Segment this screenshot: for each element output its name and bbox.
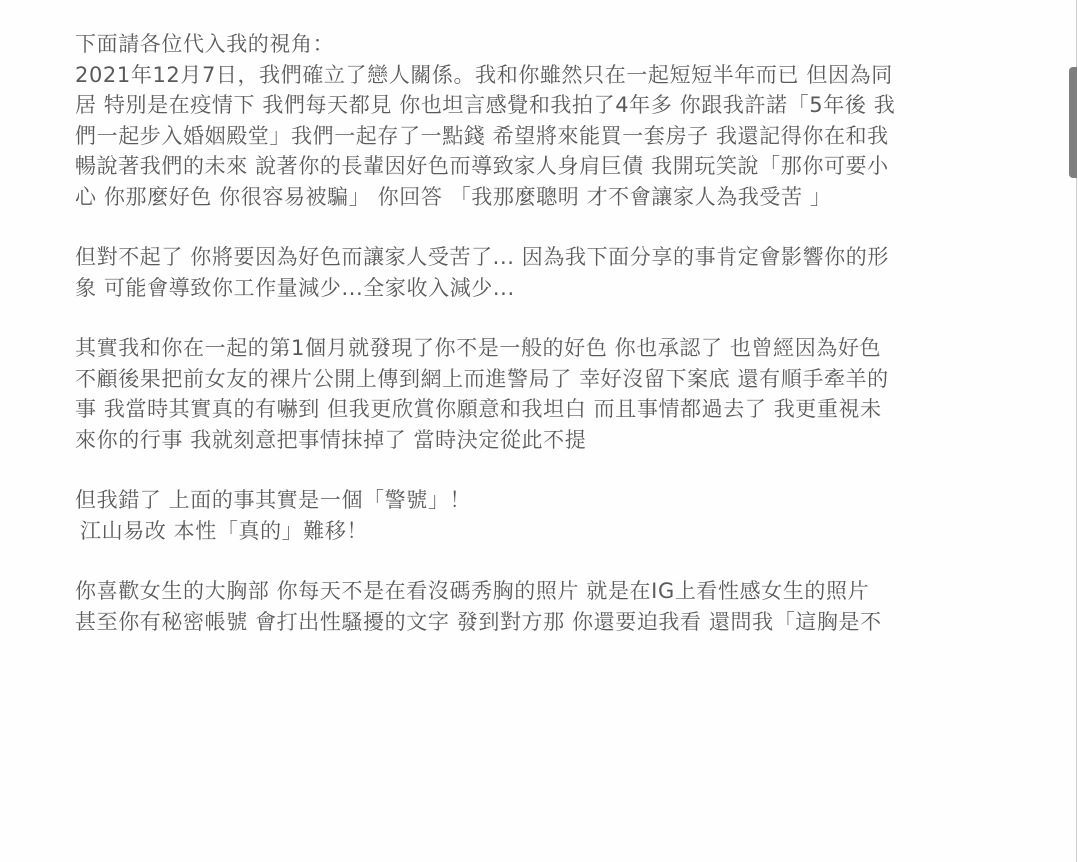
text-line: 居 特別是在疫情下 我們每天都見 你也坦言感覺和我拍了4年多 你跟我許諾「5年後… xyxy=(75,90,980,121)
paragraph-habits: 你喜歡女生的大胸部 你每天不是在看沒碼秀胸的照片 就是在IG上看性感女生的照片 … xyxy=(75,576,980,637)
article-body: 下面請各位代入我的視角： 2021年12月7日，我們確立了戀人關係。我和你雖然只… xyxy=(75,29,980,667)
paragraph-intro: 下面請各位代入我的視角： 2021年12月7日，我們確立了戀人關係。我和你雖然只… xyxy=(75,29,980,212)
paragraph-apology: 但對不起了 你將要因為好色而讓家人受苦了... 因為我下面分享的事肯定會影響你的… xyxy=(75,242,980,303)
text-line: 暢說著我們的未來 說著你的長輩因好色而導致家人身肩巨債 我開玩笑說「那你可要小 xyxy=(75,151,980,182)
vertical-scrollbar-thumb[interactable] xyxy=(1069,67,1077,178)
paragraph-warning: 但我錯了 上面的事其實是一個「警號」！ 江山易改 本性「真的」難移！ xyxy=(75,485,980,546)
text-line: 甚至你有秘密帳號 會打出性騷擾的文字 發到對方那 你還要迫我看 還問我「這胸是不 xyxy=(75,607,980,638)
document-page: 下面請各位代入我的視角： 2021年12月7日，我們確立了戀人關係。我和你雖然只… xyxy=(0,0,1078,862)
text-line: 們一起步入婚姻殿堂」我們一起存了一點錢 希望將來能買一套房子 我還記得你在和我 xyxy=(75,121,980,152)
paragraph-discovery: 其實我和你在一起的第1個月就發現了你不是一般的好色 你也承認了 也曾經因為好色 … xyxy=(75,333,980,455)
text-line: 心 你那麼好色 你很容易被騙」 你回答 「我那麼聰明 才不會讓家人為我受苦 」 xyxy=(75,182,980,213)
text-line: 但對不起了 你將要因為好色而讓家人受苦了... 因為我下面分享的事肯定會影響你的… xyxy=(75,242,980,273)
text-line: 但我錯了 上面的事其實是一個「警號」！ xyxy=(75,485,980,516)
text-line: 其實我和你在一起的第1個月就發現了你不是一般的好色 你也承認了 也曾經因為好色 xyxy=(75,333,980,364)
text-line: 事 我當時其實真的有嚇到 但我更欣賞你願意和我坦白 而且事情都過去了 我更重視未 xyxy=(75,394,980,425)
text-line: 來你的行事 我就刻意把事情抹掉了 當時決定從此不提 xyxy=(75,425,980,456)
text-line: 象 可能會導致你工作量減少...全家收入減少... xyxy=(75,273,980,304)
text-line: 2021年12月7日，我們確立了戀人關係。我和你雖然只在一起短短半年而已 但因為… xyxy=(75,60,980,91)
text-line: 江山易改 本性「真的」難移！ xyxy=(75,516,980,547)
text-line: 下面請各位代入我的視角： xyxy=(75,29,980,60)
text-line: 不顧後果把前女友的裸片公開上傳到網上而進警局了 幸好沒留下案底 還有順手牽羊的 xyxy=(75,364,980,395)
text-line: 你喜歡女生的大胸部 你每天不是在看沒碼秀胸的照片 就是在IG上看性感女生的照片 xyxy=(75,576,980,607)
